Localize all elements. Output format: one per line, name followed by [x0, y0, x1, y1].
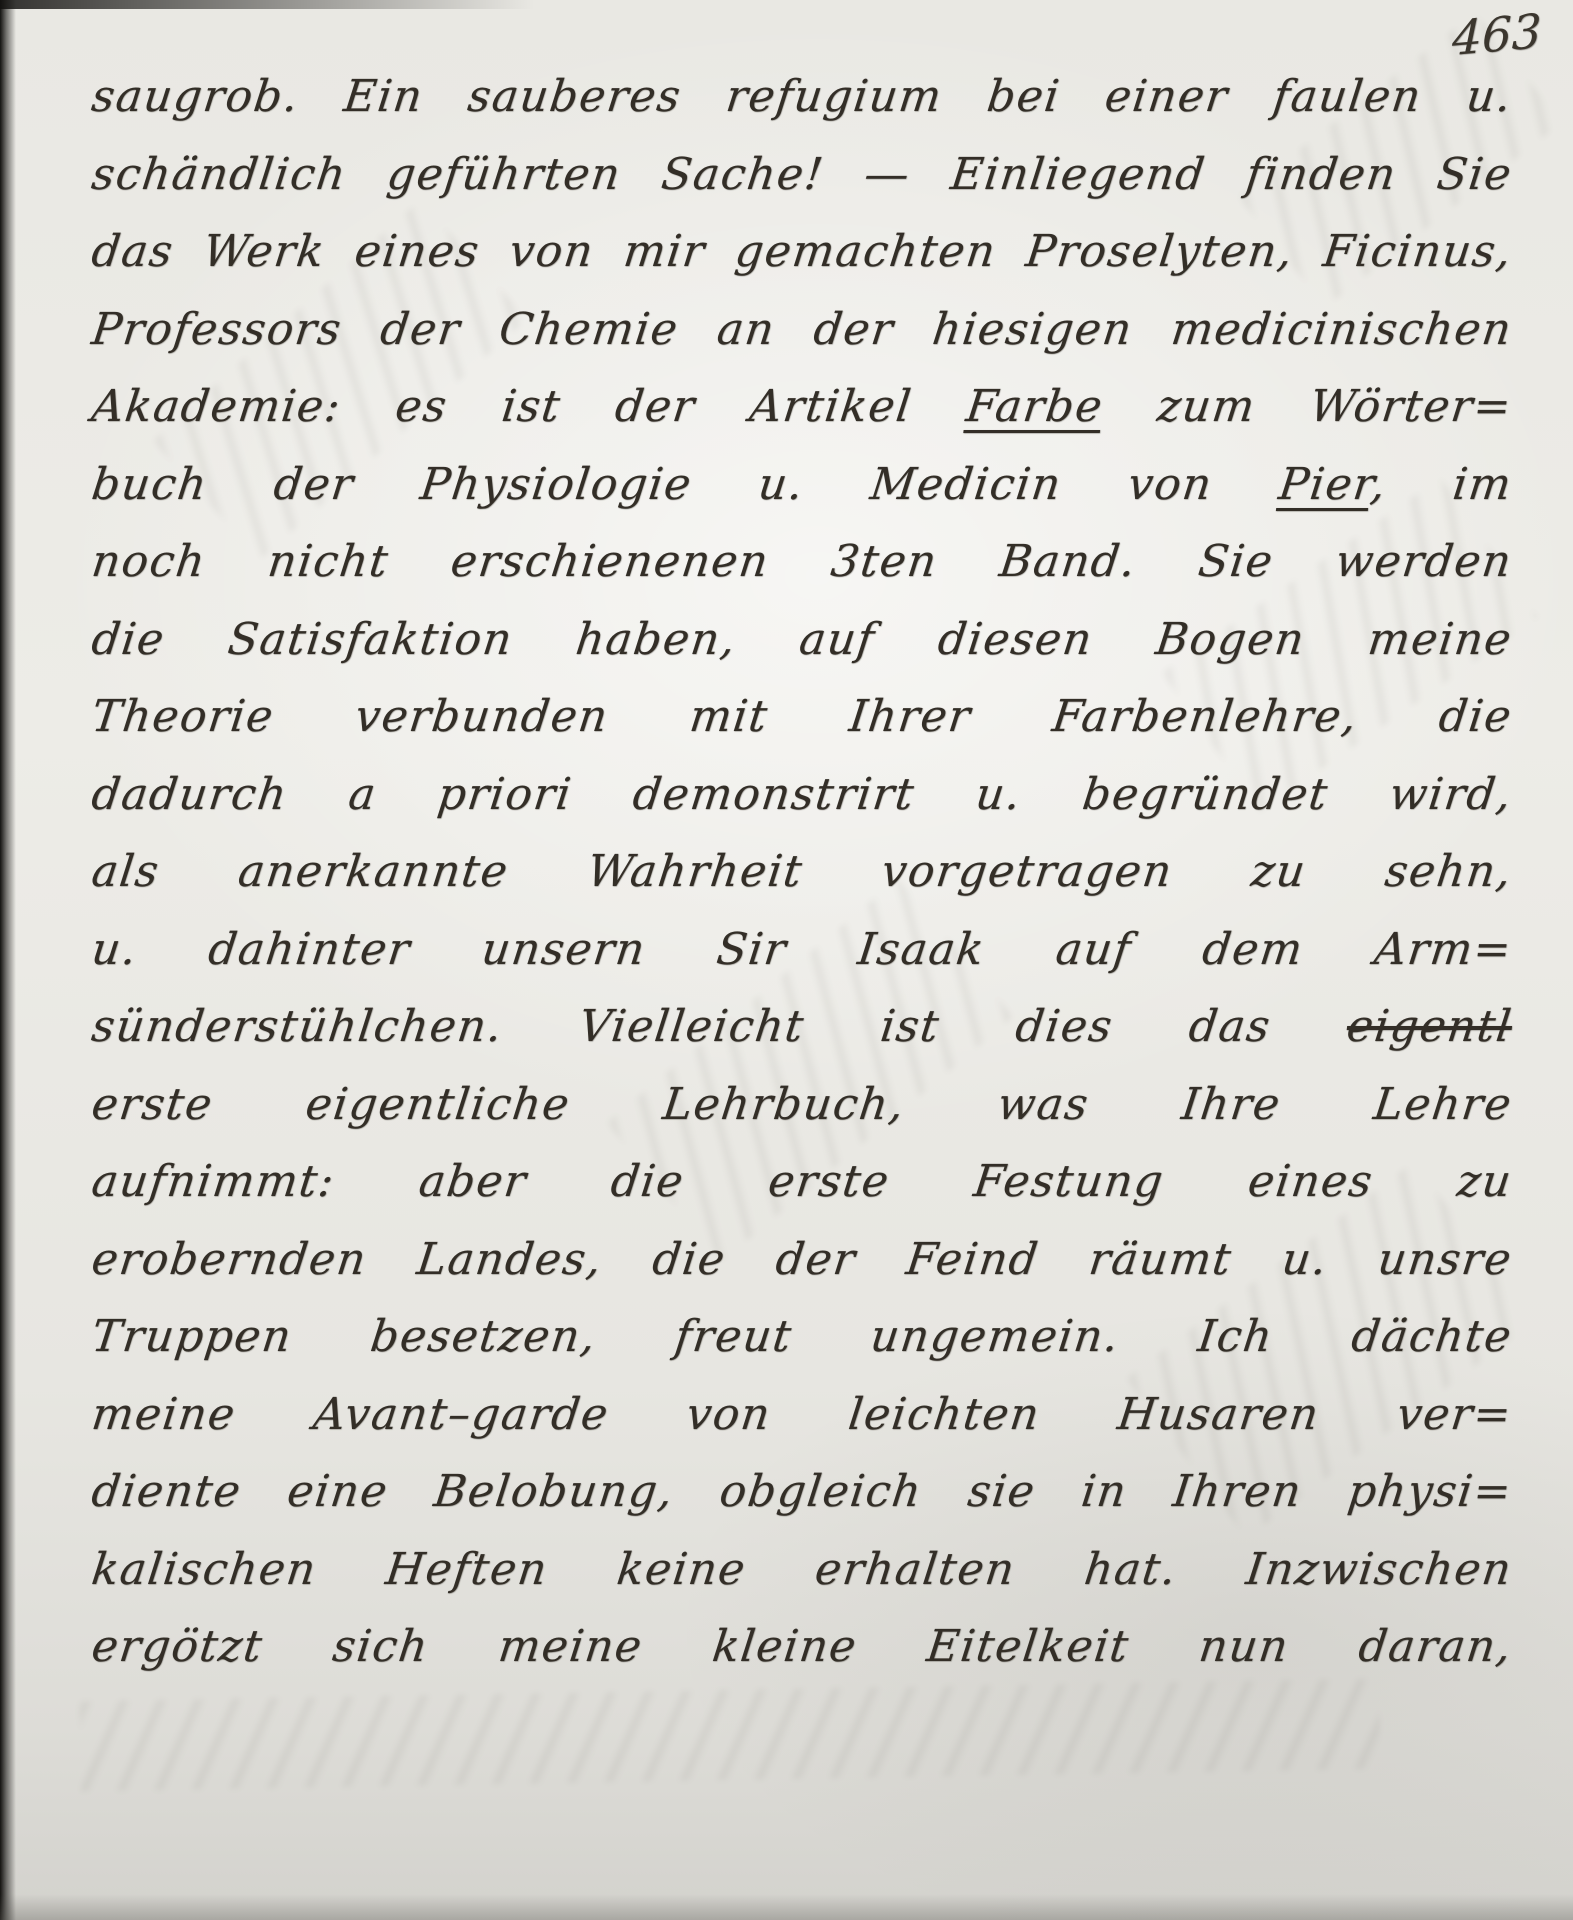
letter-line: Professors der Chemie an der hiesigen me…: [87, 291, 1517, 369]
scan-edge-top: [0, 0, 629, 9]
letter-line: saugrob. Ein sauberes refugium bei einer…: [87, 58, 1517, 136]
text-segment: , im: [1368, 459, 1515, 510]
letter-line: die Satisfaktion haben, auf diesen Bogen…: [87, 601, 1517, 679]
text-segment: Theorie verbunden mit Ihrer Farbenlehre,…: [89, 691, 1515, 742]
scan-edge-left: [0, 0, 16, 1920]
text-segment: die Satisfaktion haben, auf diesen Bogen…: [89, 614, 1515, 665]
text-segment: als anerkannte Wahrheit vorgetragen zu s…: [89, 846, 1515, 897]
letter-line: Akademie: es ist der Artikel Farbe zum W…: [87, 368, 1517, 446]
text-segment: erste eigentliche Lehrbuch, was Ihre Leh…: [89, 1079, 1515, 1130]
letter-line: buch der Physiologie u. Medicin von Pier…: [87, 446, 1517, 524]
text-segment: meine Avant–garde von leichten Husaren v…: [89, 1389, 1515, 1440]
text-segment: Professors der Chemie an der hiesigen me…: [89, 304, 1515, 355]
text-segment: noch nicht erschienenen 3ten Band. Sie w…: [89, 536, 1515, 587]
letter-body: saugrob. Ein sauberes refugium bei einer…: [92, 58, 1512, 1686]
letter-line: Truppen besetzen, freut ungemein. Ich dä…: [87, 1298, 1517, 1376]
letter-line: Theorie verbunden mit Ihrer Farbenlehre,…: [87, 678, 1517, 756]
underlined-word: Pier: [1276, 459, 1374, 510]
letter-line: meine Avant–garde von leichten Husaren v…: [87, 1376, 1517, 1454]
letter-line: schändlich geführten Sache! — Einliegend…: [87, 136, 1517, 214]
text-segment: buch der Physiologie u. Medicin von: [89, 459, 1282, 510]
text-segment: das Werk eines von mir gemachten Prosely…: [89, 226, 1515, 277]
manuscript-letter-page: 463 saugrob. Ein sauberes refugium bei e…: [0, 0, 1573, 1920]
text-segment: diente eine Belobung, obgleich sie in Ih…: [89, 1466, 1515, 1517]
text-segment: zum Wörter=: [1100, 381, 1515, 432]
text-segment: dadurch a priori demonstrirt u. begründe…: [89, 769, 1515, 820]
underlined-word: Farbe: [963, 381, 1106, 432]
letter-line: dadurch a priori demonstrirt u. begründe…: [87, 756, 1517, 834]
letter-line: diente eine Belobung, obgleich sie in Ih…: [87, 1453, 1517, 1531]
scan-shadow-bottom: [0, 1894, 1573, 1920]
letter-line: u. dahinter unsern Sir Isaak auf dem Arm…: [87, 911, 1517, 989]
letter-line: noch nicht erschienenen 3ten Band. Sie w…: [87, 523, 1517, 601]
text-segment: schändlich geführten Sache! — Einliegend…: [89, 149, 1515, 200]
letter-line: erste eigentliche Lehrbuch, was Ihre Leh…: [87, 1066, 1517, 1144]
letter-line: erobernden Landes, die der Feind räumt u…: [87, 1221, 1517, 1299]
text-segment: saugrob. Ein sauberes refugium bei einer…: [89, 71, 1515, 122]
text-segment: sünderstühlchen. Vielleicht ist dies das: [89, 1001, 1350, 1052]
text-segment: u. dahinter unsern Sir Isaak auf dem Arm…: [89, 924, 1515, 975]
text-segment: kalischen Heften keine erhalten hat. Inz…: [89, 1544, 1515, 1595]
text-segment: aufnimmt: aber die erste Festung eines z…: [89, 1156, 1515, 1207]
bleed-through-mark: [79, 1679, 1380, 1792]
text-segment: Akademie: es ist der Artikel: [89, 381, 970, 432]
text-segment: ergötzt sich meine kleine Eitelkeit nun …: [89, 1621, 1515, 1672]
letter-line: ergötzt sich meine kleine Eitelkeit nun …: [87, 1608, 1517, 1686]
letter-line: sünderstühlchen. Vielleicht ist dies das…: [87, 988, 1517, 1066]
text-segment: erobernden Landes, die der Feind räumt u…: [89, 1234, 1515, 1285]
letter-line: das Werk eines von mir gemachten Prosely…: [87, 213, 1517, 291]
letter-line: aufnimmt: aber die erste Festung eines z…: [87, 1143, 1517, 1221]
struck-through-word: eigentl: [1344, 1001, 1515, 1052]
text-segment: Truppen besetzen, freut ungemein. Ich dä…: [89, 1311, 1515, 1362]
letter-line: kalischen Heften keine erhalten hat. Inz…: [87, 1531, 1517, 1609]
letter-line: als anerkannte Wahrheit vorgetragen zu s…: [87, 833, 1517, 911]
